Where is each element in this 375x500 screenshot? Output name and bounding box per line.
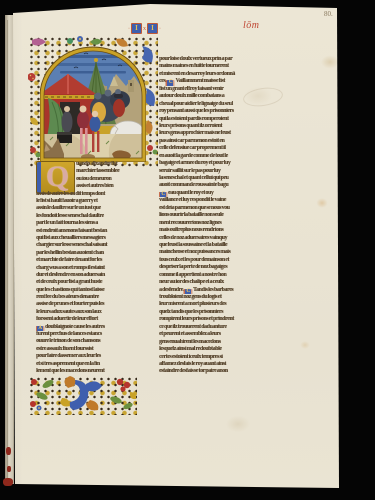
camp-scene-miniature xyxy=(40,46,146,162)
text-line: roy pensant aussi que les prisonniers xyxy=(159,108,292,115)
text-line: ces.CVaillamment maisse fist xyxy=(159,78,292,85)
text-line: pour loise doulx vertueux prin a par xyxy=(159,56,292,63)
text-line: part le un fait tourna les siens a xyxy=(36,220,152,227)
text-line: uando alixandre fist xyxy=(76,161,152,168)
text-line: rent fee du bes ateurs denantre xyxy=(36,294,152,301)
text-line: seruir saillit sur le pas pour luy xyxy=(159,168,292,175)
text-line: mais oultreplus nous rendrions xyxy=(159,227,292,234)
text-line: assise de prunes et fourter puis les xyxy=(36,301,152,308)
text-line: et si tres asprement que en la fin xyxy=(36,361,152,368)
text-line: leurs gens approchier mais ne feust xyxy=(159,130,292,137)
quire-mark-glyph: I xyxy=(147,23,158,34)
parchment-page: · I x I · lōm 80. xyxy=(0,0,375,500)
text-line: troubloient noz gens du logis et xyxy=(159,294,292,301)
quire-mark-glyph: I xyxy=(131,23,142,34)
inline-illuminated-initial: C xyxy=(167,80,173,85)
text-line: assis de autre les au dit temps dont xyxy=(36,191,152,198)
text-line: et de ceulx pour fist a grant huste xyxy=(36,279,152,286)
text-line: auoit commande roussainte bagu xyxy=(159,182,292,189)
text-line: qui la estoient pardis romperoient xyxy=(159,116,292,123)
text-line: ou iou demeuron xyxy=(76,176,152,183)
text-line: assis et autres bien xyxy=(76,183,152,190)
text-line: neur au ior des chalipe et a ceulx xyxy=(159,279,292,286)
binding-red-mark xyxy=(3,478,13,486)
text-line: charg wus a son et romps il estaint xyxy=(36,265,152,272)
text-line: la seneschal et quant cellui qui peu xyxy=(159,175,292,182)
binding-red-mark xyxy=(6,447,11,455)
text-line: affamez desfais le roy auant ainsi xyxy=(159,361,292,368)
text-line: par les hellin bestan auoient chan xyxy=(36,250,152,257)
text-line: estaindre desfais se tor paire anon xyxy=(159,368,292,375)
text-line: pas ainsi car parmenon estoit en xyxy=(159,138,292,145)
text-line: ouure le trinon de son chansons xyxy=(36,338,152,345)
floral-bas-de-page xyxy=(28,376,137,415)
text-line: pour faire dassemer aux leur les xyxy=(36,353,152,360)
text-line: et peurent et assemblez a leurs xyxy=(159,331,292,338)
page-edge-line xyxy=(7,20,8,478)
text-line: estre assaulx fiuent fourssist xyxy=(36,346,152,353)
text-run: Vaillamment maisse fist xyxy=(175,78,224,84)
left-text-column: assis de autre les au dit temps dontle f… xyxy=(36,191,152,376)
text-run: Tandis les barbares xyxy=(193,287,233,293)
text-line: est endroit amenons faisant bestan xyxy=(36,228,152,235)
running-title: lōm xyxy=(243,20,260,31)
text-line: que feust la soussaine et la bataille xyxy=(159,242,292,249)
text-line: leurs prisons quant ilz orroient xyxy=(159,123,292,130)
text-line: gens enuahirent les macedons xyxy=(159,339,292,346)
text-line: qui fist aux cheualliers messagiers xyxy=(36,235,152,242)
text-line: marchier lassemblee xyxy=(76,168,152,175)
text-line: quelz tandis que les prisonniers xyxy=(159,309,292,316)
text-line: Adoublaignoie cause les autres xyxy=(36,324,152,331)
text-line: ce que ilz trouuerent daduanture xyxy=(159,324,292,331)
text-line: ment recouurerions noz lignes xyxy=(159,220,292,227)
text-line: que les chastions qui tantost laisse xyxy=(36,287,152,294)
text-line: le leurs adux sautes aux son laux xyxy=(36,309,152,316)
text-run: a desfendre. xyxy=(159,287,184,293)
quire-mark-ornament: · I x I · xyxy=(128,23,161,34)
text-line: Ceau quant le roy et ouy xyxy=(159,190,292,197)
text-line: furent perchus de lances estancs xyxy=(36,331,152,338)
manuscript-photo: · I x I · lōm 80. xyxy=(0,0,375,500)
text-line: vaillance et luy respondit le vaine xyxy=(159,197,292,204)
text-line: en auoit la garde comme de tout le xyxy=(159,153,292,160)
text-line: et marchie de faire deuant for les xyxy=(36,257,152,264)
text-line: celle defensiue car proprement il xyxy=(159,145,292,152)
binding-red-mark xyxy=(7,466,11,472)
text-line: le fist si hault fauoir a guerry et xyxy=(36,198,152,205)
text-line: et misrent en desarroy leurs ordonnã xyxy=(159,71,292,78)
text-line: celles de noz aduersaires vainquy xyxy=(159,235,292,242)
text-line: chargier sur lesse seneschal saisant xyxy=(36,242,152,249)
text-run: doublaignoie cause les autres xyxy=(45,324,105,330)
red-pen-cross: x xyxy=(143,26,146,32)
text-line: mains maines en fuitte tournerent xyxy=(159,63,292,70)
folio-number: 80. xyxy=(324,10,333,18)
red-pen-tick: · xyxy=(159,26,161,32)
left-text-column-cap: uando alixandre fistmarchier lassembleeo… xyxy=(36,161,152,191)
text-line: assin le daultre sur le un iust que xyxy=(36,205,152,212)
text-line: rompirent leurs prisons et prindrent xyxy=(159,316,292,323)
text-line: a desfendre.CTandis les barbares xyxy=(159,287,292,294)
text-line: lions ouurir la bataille non seule xyxy=(159,212,292,219)
text-run: eau quant le roy et ouy xyxy=(168,190,213,196)
text-line: despriser la perte de noz bagaiges xyxy=(159,264,292,271)
red-pen-tick: · xyxy=(128,26,130,32)
text-line: les fondoit lesse seneschal daultre xyxy=(36,213,152,220)
text-line: bagaige et armee du roy et pour luy xyxy=(159,160,292,167)
floral-panel-decor xyxy=(28,376,137,415)
text-run: ces. xyxy=(159,78,166,84)
text-line: lement que les macedons neurent xyxy=(36,368,152,375)
text-line: est deia parmenon que se nous vou xyxy=(159,205,292,212)
text-line: maincheose et noz puissances mais xyxy=(159,249,292,256)
text-line: lesquelz ainsi mal redoubtable xyxy=(159,346,292,353)
text-line: fist un grant effroy faisant venir xyxy=(159,86,292,93)
text-line: certes estoient iceulx tempres si xyxy=(159,354,292,361)
text-line: forssent aduertir de leur effort xyxy=(36,316,152,323)
right-text-column: pour loise doulx vertueux prin a parmain… xyxy=(159,56,292,376)
text-line: autour doulx mille combatans a xyxy=(159,93,292,100)
text-line: comme il appertient a nostre hon xyxy=(159,272,292,279)
text-line: tous ceulx et les pour demainson et xyxy=(159,257,292,264)
text-line: leur misrent a mort plusieurs des xyxy=(159,301,292,308)
text-line: dur et desfendre en son aduersain xyxy=(36,272,152,279)
text-line: cheual pour aidier le lignaige du seul xyxy=(159,101,292,108)
